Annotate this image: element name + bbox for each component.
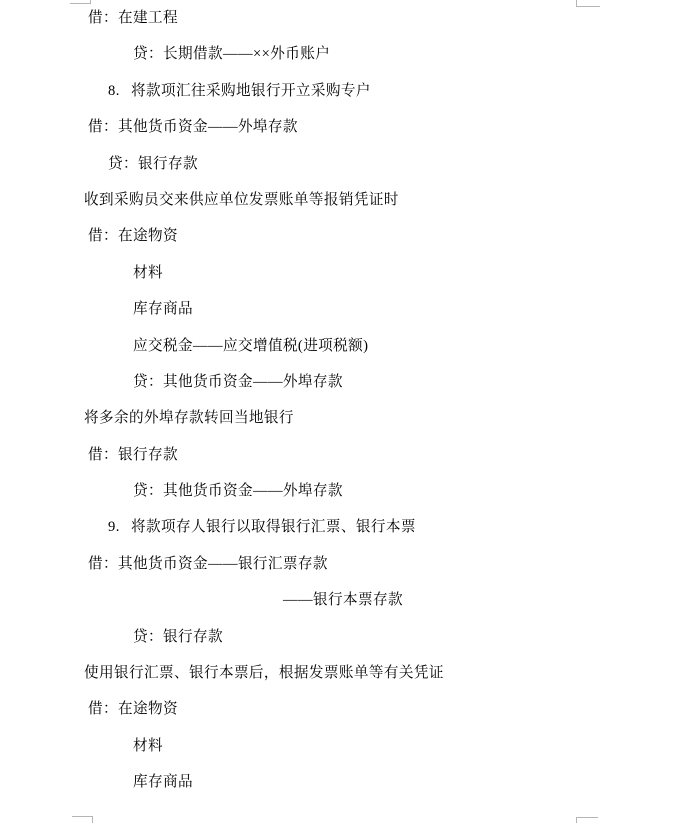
document-page: 借：在建工程 贷：长期借款——××外币账户 8.将款项汇往采购地银行开立采购专户…	[0, 0, 674, 823]
sub-account-line: 材料	[133, 255, 674, 291]
item-number: 8.	[108, 73, 131, 109]
entry-credit-line: 贷：长期借款——××外币账户	[133, 36, 674, 72]
sub-account-line: 应交税金——应交增值税(进项税额)	[133, 328, 674, 364]
paragraph-line: 将多余的外埠存款转回当地银行	[84, 400, 674, 436]
entry-credit-line: 贷：其他货币资金——外埠存款	[133, 473, 674, 509]
item-text: 将款项汇往采购地银行开立采购专户	[131, 83, 371, 99]
sub-account-line: 材料	[133, 728, 674, 764]
document-text: 借：在建工程 贷：长期借款——××外币账户 8.将款项汇往采购地银行开立采购专户…	[0, 0, 674, 801]
numbered-item: 8.将款项汇往采购地银行开立采购专户	[108, 73, 674, 109]
entry-credit-line: 贷：银行存款	[133, 619, 674, 655]
item-number: 9.	[108, 509, 131, 545]
numbered-item: 9.将款项存人银行以取得银行汇票、银行本票	[108, 509, 674, 545]
entry-debit-line: 借：其他货币资金——外埠存款	[88, 109, 674, 145]
sub-account-line: 库存商品	[133, 764, 674, 800]
continuation-line: ——银行本票存款	[283, 582, 674, 618]
entry-credit-line: 贷：其他货币资金——外埠存款	[133, 364, 674, 400]
entry-debit-line: 借：在途物资	[88, 218, 674, 254]
text-boundary-mark-bottom-left	[72, 816, 93, 823]
sub-account-line: 库存商品	[133, 291, 674, 327]
paragraph-line: 使用银行汇票、银行本票后，根据发票账单等有关凭证	[84, 655, 674, 691]
entry-debit-line: 借：在建工程	[88, 0, 674, 36]
text-boundary-mark-bottom-right	[576, 817, 598, 823]
entry-credit-line: 贷：银行存款	[108, 146, 674, 182]
entry-debit-line: 借：银行存款	[88, 437, 674, 473]
entry-debit-line: 借：其他货币资金——银行汇票存款	[88, 546, 674, 582]
entry-debit-line: 借：在途物资	[88, 691, 674, 727]
paragraph-line: 收到采购员交来供应单位发票账单等报销凭证时	[84, 182, 674, 218]
item-text: 将款项存人银行以取得银行汇票、银行本票	[131, 519, 416, 535]
